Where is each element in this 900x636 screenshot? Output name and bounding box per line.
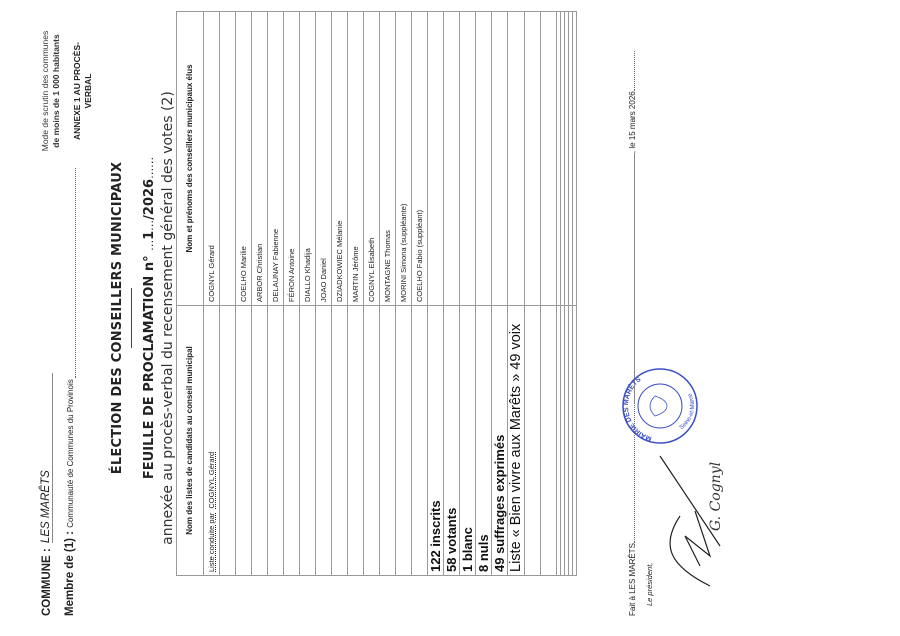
result-text: Liste « Bien vivre aux Marêts » 49 voix bbox=[508, 324, 524, 572]
membre-field: Membre de (1) : Communauté de Communes d… bbox=[64, 168, 76, 616]
list-cell bbox=[252, 306, 268, 576]
elu-cell bbox=[476, 12, 492, 306]
proclamation-table: Nom des listes de candidats au conseil m… bbox=[176, 11, 577, 576]
list-cell bbox=[525, 306, 541, 576]
list-cell bbox=[268, 306, 284, 576]
table-row: COGNYL Elisabeth bbox=[364, 12, 380, 576]
elu-cell: MONTAGNE Thomas bbox=[380, 12, 396, 306]
table-row: 58 votants bbox=[444, 12, 460, 576]
list-cell bbox=[412, 306, 428, 576]
list-lead-name: COGNYL Gérard bbox=[207, 452, 216, 509]
fait-label: Fait à LES MARÊTS bbox=[628, 543, 637, 616]
table-row: DIALLO Khadija bbox=[300, 12, 316, 576]
table-row: 8 nuls bbox=[476, 12, 492, 576]
annex-title-line2: VERBAL bbox=[83, 16, 94, 166]
result-text: 8 nuls bbox=[476, 534, 491, 572]
commune-value: LES MARÊTS bbox=[40, 373, 53, 543]
table-row: FÉRON Antoine bbox=[284, 12, 300, 576]
table-row: 49 suffrages exprimés bbox=[492, 12, 508, 576]
membre-value: Communauté de Communes du Provinois bbox=[66, 379, 75, 528]
list-cell bbox=[236, 306, 252, 576]
table-row: MONTAGNE Thomas bbox=[380, 12, 396, 576]
table-row: DZIADKOWIEC Mélanie bbox=[332, 12, 348, 576]
elu-cell bbox=[444, 12, 460, 306]
table-row: MARTIN Jérôme bbox=[348, 12, 364, 576]
col-lists-header: Nom des listes de candidats au conseil m… bbox=[177, 306, 204, 576]
svg-text:G. Cognyl: G. Cognyl bbox=[708, 462, 724, 531]
list-cell bbox=[541, 306, 557, 576]
feuille-title: FEUILLE DE PROCLAMATION n° …1…/2026…… bbox=[142, 0, 157, 636]
elu-cell: FÉRON Antoine bbox=[284, 12, 300, 306]
elu-cell: COELHO Fabio (suppléant) bbox=[412, 12, 428, 306]
feuille-number: 1 bbox=[142, 231, 157, 240]
date-label: , le 15 mars 2026 bbox=[628, 91, 637, 153]
elu-cell bbox=[428, 12, 444, 306]
annexee-subtitle: annexée au procès-verbal du recensement … bbox=[160, 0, 176, 636]
table-row: JOAO Daniel bbox=[316, 12, 332, 576]
table-row: DELAUNAY Fabienne bbox=[268, 12, 284, 576]
elu-cell: DELAUNAY Fabienne bbox=[268, 12, 284, 306]
table-row: 1 blanc bbox=[460, 12, 476, 576]
table-row: Liste conduite par COGNYL GérardCOGNYL G… bbox=[204, 12, 220, 576]
elu-cell bbox=[220, 12, 236, 306]
list-cell bbox=[316, 306, 332, 576]
table-row: 122 inscrits bbox=[428, 12, 444, 576]
result-text: 58 votants bbox=[444, 508, 459, 572]
elu-cell bbox=[508, 12, 525, 306]
result-text: 49 suffrages exprimés bbox=[492, 435, 507, 572]
table-row: MORINI Simona (suppléante) bbox=[396, 12, 412, 576]
list-lead-label: Liste conduite par bbox=[207, 513, 216, 572]
list-cell: Liste conduite par COGNYL Gérard bbox=[204, 306, 220, 576]
result-text: 122 inscrits bbox=[428, 500, 443, 572]
elu-cell: COELHO Marilie bbox=[236, 12, 252, 306]
fait-line: Fait à LES MARÊTS, le 15 mars 2026 bbox=[628, 51, 637, 616]
table-row: ARBOR Christian bbox=[252, 12, 268, 576]
proclamation-sheet: Mode de scrutin des communes de moins de… bbox=[0, 0, 900, 636]
annex-mode-note: Mode de scrutin des communes de moins de… bbox=[40, 16, 62, 166]
list-cell bbox=[396, 306, 412, 576]
list-cell bbox=[284, 306, 300, 576]
list-cell: 1 blanc bbox=[460, 306, 476, 576]
elu-cell: MORINI Simona (suppléante) bbox=[396, 12, 412, 306]
elu-cell: COGNYL Elisabeth bbox=[364, 12, 380, 306]
annex-title-line1: ANNEXE 1 AU PROCÈS- bbox=[72, 16, 83, 166]
elu-cell: ARBOR Christian bbox=[252, 12, 268, 306]
elu-cell: DZIADKOWIEC Mélanie bbox=[332, 12, 348, 306]
list-cell bbox=[332, 306, 348, 576]
election-title: ÉLECTION DES CONSEILLERS MUNICIPAUX bbox=[110, 0, 125, 636]
list-cell bbox=[300, 306, 316, 576]
table-row bbox=[541, 12, 557, 576]
table-row bbox=[525, 12, 541, 576]
feuille-prefix: FEUILLE DE PROCLAMATION n° bbox=[142, 255, 157, 479]
elu-cell: COGNYL Gérard bbox=[204, 12, 220, 306]
annex-title: ANNEXE 1 AU PROCÈS- VERBAL bbox=[72, 16, 94, 166]
elu-cell: JOAO Daniel bbox=[316, 12, 332, 306]
table-row bbox=[220, 12, 236, 576]
ruled-line bbox=[573, 12, 577, 576]
table-row: COELHO Fabio (suppléant) bbox=[412, 12, 428, 576]
elu-cell bbox=[460, 12, 476, 306]
elu-cell: DIALLO Khadija bbox=[300, 12, 316, 306]
list-cell: Liste « Bien vivre aux Marêts » 49 voix bbox=[508, 306, 525, 576]
annex-mode-line1: Mode de scrutin des communes bbox=[40, 16, 51, 166]
list-cell bbox=[348, 306, 364, 576]
list-cell bbox=[364, 306, 380, 576]
list-cell: 49 suffrages exprimés bbox=[492, 306, 508, 576]
elu-cell bbox=[492, 12, 508, 306]
col-elus-header: Nom et prénoms des conseillers municipau… bbox=[177, 12, 204, 306]
feuille-year: /2026 bbox=[142, 179, 157, 220]
elu-cell bbox=[525, 12, 541, 306]
result-text: 1 blanc bbox=[460, 527, 475, 572]
list-cell bbox=[220, 306, 236, 576]
signature-icon: G. Cognyl bbox=[640, 446, 730, 606]
list-cell bbox=[380, 306, 396, 576]
title-separator bbox=[131, 288, 132, 348]
elu-cell: MARTIN Jérôme bbox=[348, 12, 364, 306]
list-cell: 8 nuls bbox=[476, 306, 492, 576]
commune-field: COMMUNE : LES MARÊTS bbox=[40, 373, 53, 616]
table-row: COELHO Marilie bbox=[236, 12, 252, 576]
commune-label: COMMUNE : bbox=[41, 548, 53, 616]
elu-cell bbox=[541, 12, 557, 306]
table-row: Liste « Bien vivre aux Marêts » 49 voix bbox=[508, 12, 525, 576]
mairie-stamp-icon: MAIRIE DES MARÊTS Seine-et-Marne bbox=[620, 366, 700, 446]
list-cell: 58 votants bbox=[444, 306, 460, 576]
membre-label: Membre de (1) : bbox=[64, 531, 76, 616]
annex-mode-line2: de moins de 1 000 habitants bbox=[51, 16, 62, 166]
list-cell: 122 inscrits bbox=[428, 306, 444, 576]
